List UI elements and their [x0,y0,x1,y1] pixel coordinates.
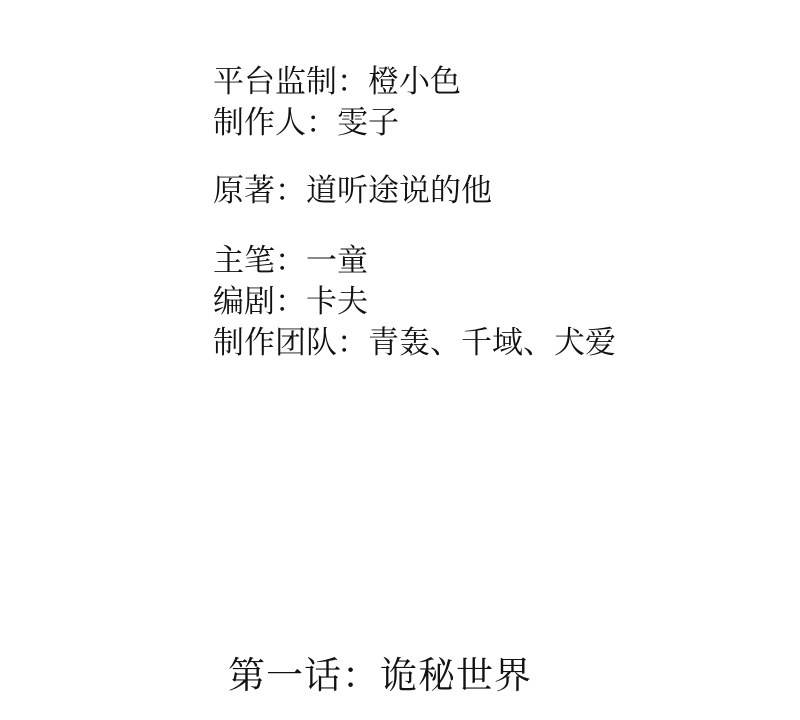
credit-label: 制作团队： [213,325,368,361]
credit-label: 原著： [213,173,306,209]
credit-value: 雯子 [337,105,399,141]
chapter-title: 第一话：诡秘世界 [228,652,532,700]
credit-label: 编剧： [213,284,306,320]
credit-producer: 制作人：雯子 [213,103,616,144]
credit-lead-artist: 主笔：一童 [213,241,616,282]
credit-original-author: 原著：道听途说的他 [213,171,616,212]
credit-label: 主笔： [213,243,306,279]
credit-value: 道听途说的他 [306,173,492,209]
credit-platform-supervisor: 平台监制：橙小色 [213,62,616,103]
credit-value: 青轰、千域、犬爱 [368,325,616,361]
credit-screenwriter: 编剧：卡夫 [213,282,616,323]
credit-value: 橙小色 [368,64,461,100]
credit-value: 一童 [306,243,368,279]
credit-label: 平台监制： [213,64,368,100]
credit-value: 卡夫 [306,284,368,320]
credits-block: 平台监制：橙小色 制作人：雯子 原著：道听途说的他 主笔：一童 编剧：卡夫 制作… [213,62,616,364]
credit-production-team: 制作团队：青轰、千域、犬爱 [213,323,616,364]
credit-label: 制作人： [213,105,337,141]
